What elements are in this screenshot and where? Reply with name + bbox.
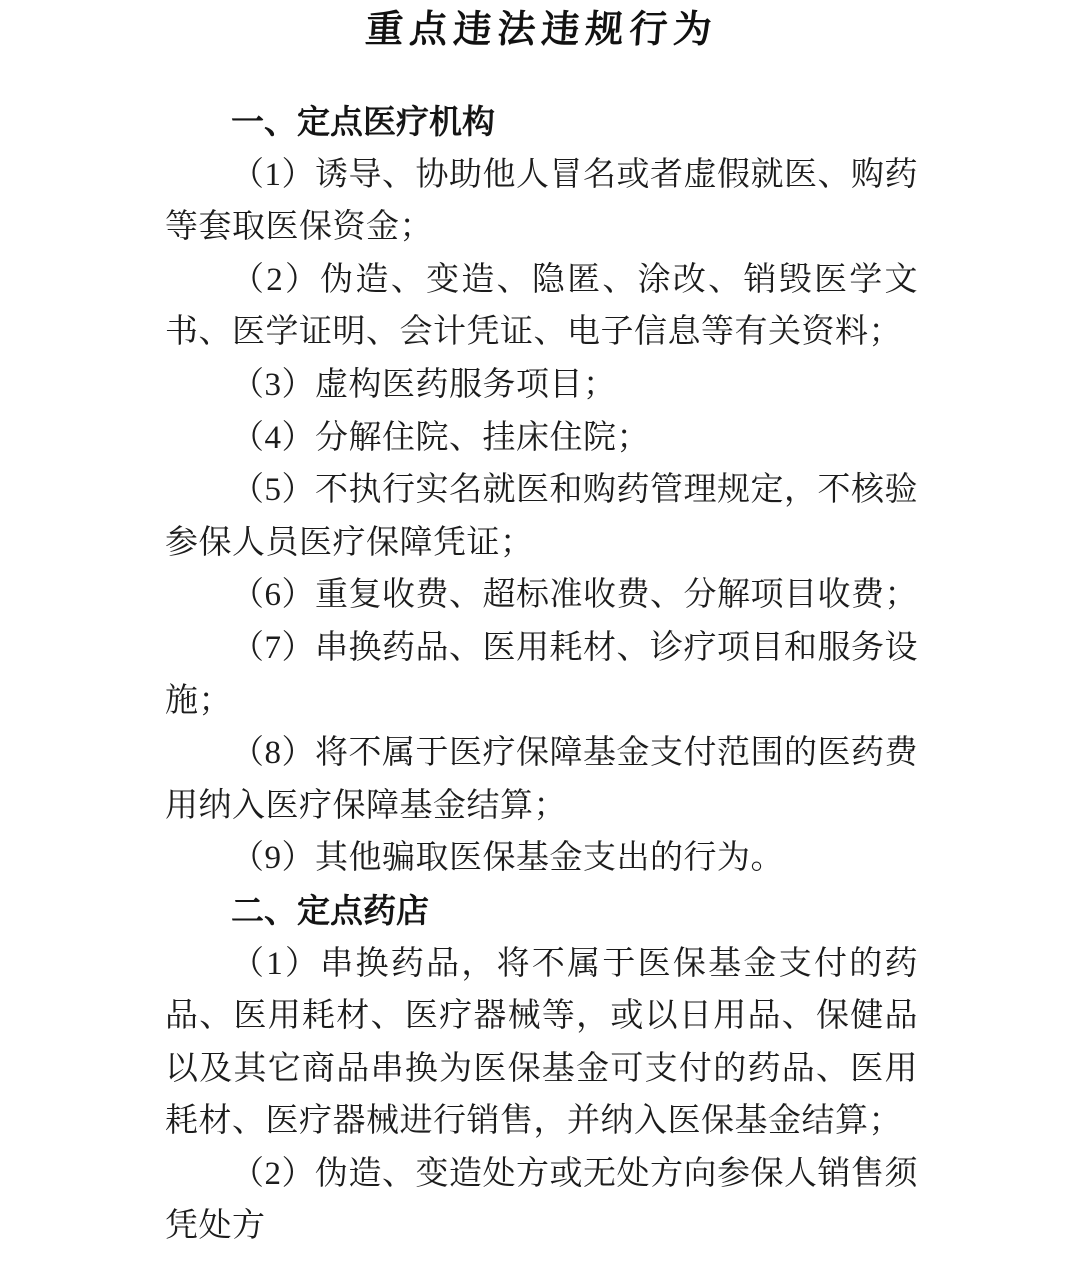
- section1-item-1: （1）诱导、协助他人冒名或者虚假就医、购药等套取医保资金；: [165, 149, 918, 254]
- section-heading-medical-institutions: 一、定点医疗机构: [165, 96, 918, 149]
- section1-item-2: （2）伪造、变造、隐匿、涂改、销毁医学文书、医学证明、会计凭证、电子信息等有关资…: [165, 254, 918, 359]
- section1-item-6: （6）重复收费、超标准收费、分解项目收费；: [165, 569, 918, 622]
- section1-item-4: （4）分解住院、挂床住院；: [165, 412, 918, 465]
- document-title: 重点违法违规行为: [163, 4, 920, 56]
- section2-item-1: （1）串换药品，将不属于医保基金支付的药品、医用耗材、医疗器械等，或以日用品、保…: [165, 938, 918, 1148]
- section1-item-9: （9）其他骗取医保基金支出的行为。: [165, 832, 918, 885]
- section1-item-3: （3）虚构医药服务项目；: [165, 359, 918, 412]
- section1-item-7: （7）串换药品、医用耗材、诊疗项目和服务设施；: [165, 622, 918, 727]
- document-page: 重点违法违规行为 一、定点医疗机构 （1）诱导、协助他人冒名或者虚假就医、购药等…: [0, 0, 1071, 1273]
- section-heading-pharmacies: 二、定点药店: [165, 885, 918, 938]
- section1-item-8: （8）将不属于医疗保障基金支付范围的医药费用纳入医疗保障基金结算；: [165, 727, 918, 832]
- section1-item-5: （5）不执行实名就医和购药管理规定，不核验参保人员医疗保障凭证；: [165, 464, 918, 569]
- section2-item-2: （2）伪造、变造处方或无处方向参保人销售须凭处方: [165, 1148, 918, 1253]
